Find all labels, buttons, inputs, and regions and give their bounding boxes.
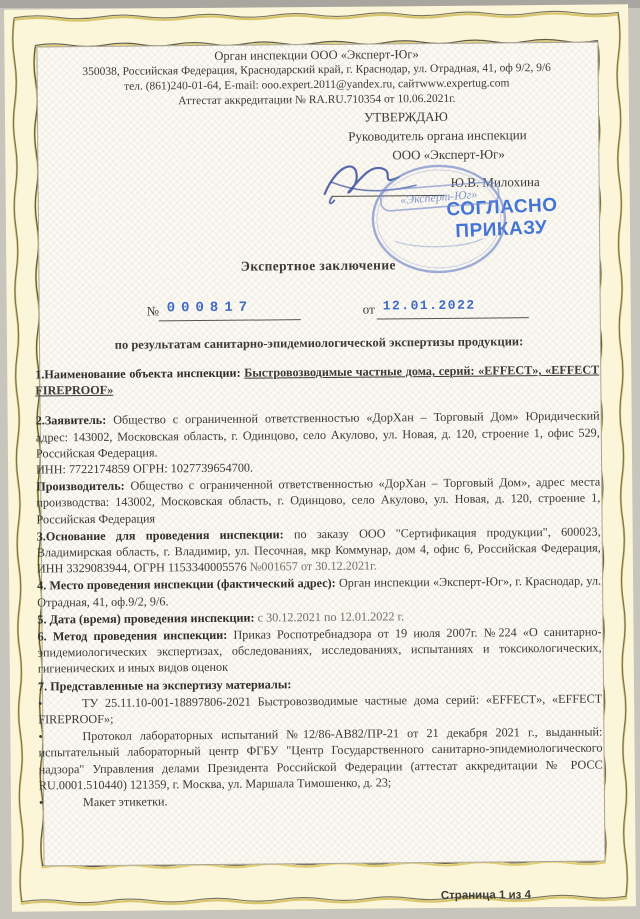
date-label: от bbox=[363, 302, 375, 318]
list-item-text: Протокол лабораторных испытаний №12/86-А… bbox=[39, 725, 603, 793]
date-value: 12.01.2022 bbox=[383, 298, 476, 314]
section-7-label: 7. Представленные на экспертизу материал… bbox=[38, 677, 292, 693]
approver-role: Руководитель органа инспекции bbox=[348, 127, 527, 145]
section-3-value-faded: №001657 от 30.12.2021г. bbox=[250, 559, 377, 574]
list-item: •ТУ 25.11.10-001-18897806-2021 Быстровоз… bbox=[38, 690, 602, 727]
section-2-label: 2.Заявитель: bbox=[36, 413, 107, 428]
section-6: 6. Метод проведения инспекции: Приказ Ро… bbox=[37, 624, 601, 678]
number-underline bbox=[159, 319, 301, 321]
header-block: Орган инспекции ООО «Эксперт-Юг» 350038,… bbox=[38, 46, 595, 111]
producer-label: Производитель: bbox=[36, 479, 125, 494]
section-6-label: 6. Метод проведения инспекции: bbox=[37, 628, 227, 644]
approve-heading: УТВЕРЖДАЮ bbox=[364, 109, 448, 126]
section-3-label: 3.Основание для проведения инспекции: bbox=[37, 527, 284, 543]
number-sign: № bbox=[147, 303, 160, 319]
footer-page-indicator: Страница 1 из 4 bbox=[441, 889, 531, 902]
seal-text: «Эксперт-Юг» bbox=[400, 187, 478, 207]
list-item: •Протокол лабораторных испытаний №12/86-… bbox=[38, 724, 603, 794]
document-body: 1.Наименование объекта инспекции: Быстро… bbox=[35, 362, 603, 812]
section-5-value: с 30.12.2021 по 12.01.2022 г. bbox=[258, 609, 405, 624]
section-4-label: 4. Место проведения инспекции (фактическ… bbox=[37, 576, 336, 593]
list-item-text: Макет этикетки. bbox=[83, 794, 168, 809]
bullet-icon: • bbox=[39, 794, 53, 810]
section-1-label: 1.Наименование объекта инспекции: bbox=[35, 366, 240, 382]
number-value: 000817 bbox=[167, 300, 254, 317]
section-3: 3.Основание для проведения инспекции: по… bbox=[37, 523, 601, 577]
bullet-icon: • bbox=[38, 729, 52, 745]
section-5-label: 5. Дата (время) проведения инспекции: bbox=[37, 610, 254, 626]
section-4: 4. Место проведения инспекции (фактическ… bbox=[37, 573, 601, 610]
bullet-icon: • bbox=[38, 695, 52, 711]
section-2-value: Общество с ограниченной ответственностью… bbox=[36, 409, 600, 460]
section-1: 1.Наименование объекта инспекции: Быстро… bbox=[35, 362, 599, 399]
approval-block: УТВЕРЖДАЮ Руководитель органа инспекции … bbox=[334, 108, 596, 110]
list-item-text: ТУ 25.11.10-001-18897806-2021 Быстровозв… bbox=[38, 691, 602, 726]
date-underline bbox=[377, 317, 529, 319]
section-producer: Производитель: Общество с ограниченной о… bbox=[36, 474, 600, 528]
document: Орган инспекции ООО «Эксперт-Юг» 350038,… bbox=[38, 44, 601, 863]
section-2: 2.Заявитель: Общество с ограниченной отв… bbox=[36, 408, 601, 478]
paper-scan: Орган инспекции ООО «Эксперт-Юг» 350038,… bbox=[4, 4, 636, 911]
scanned-document-page: Орган инспекции ООО «Эксперт-Юг» 350038,… bbox=[0, 0, 640, 919]
